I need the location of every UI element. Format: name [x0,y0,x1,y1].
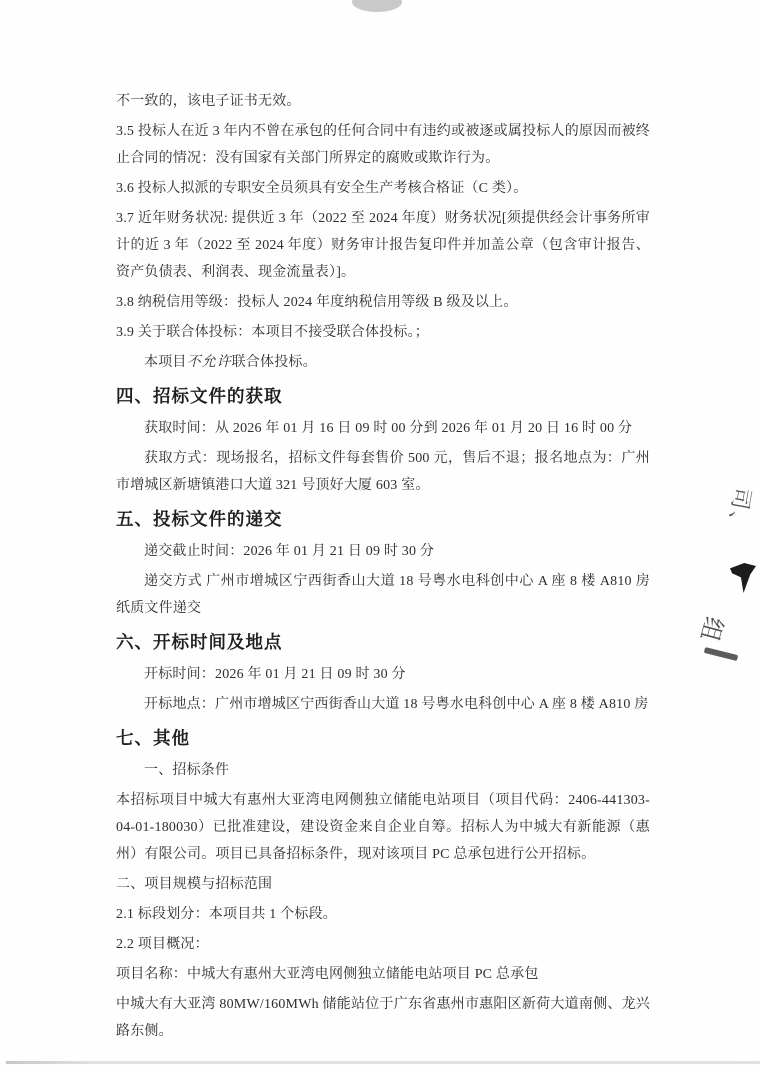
margin-ink-bar-mark [704,647,738,661]
paragraph-2-2: 2.2 项目概况： [116,931,650,958]
section-heading-7: 七、其他 [116,724,650,752]
paragraph-submit-deadline: 递交截止时间：2026 年 01 月 21 日 09 时 30 分 [116,538,650,565]
paragraph-3-5: 3.5 投标人在近 3 年内不曾在承包的任何合同中有违约或被逐或属投标人的原因而… [116,118,650,172]
section-heading-4: 四、招标文件的获取 [116,382,650,410]
paragraph-obtain-time: 获取时间：从 2026 年 01 月 16 日 09 时 00 分到 2026 … [116,415,650,442]
paragraph-3-7: 3.7 近年财务状况: 提供近 3 年（2022 至 2024 年度）财务状况[… [116,205,650,286]
joint-note-suffix: 联合体投标。 [232,355,317,370]
paragraph-tender-conditions-title: 一、招标条件 [116,757,650,784]
document-content: 不一致的，该电子证书无效。 3.5 投标人在近 3 年内不曾在承包的任何合同中有… [116,88,650,1048]
paragraph-scope-title: 二、项目规模与招标范围 [116,871,650,898]
paragraph-project-location: 中城大有大亚湾 80MW/160MWh 储能站位于广东省惠州市惠阳区新荷大道南侧… [116,991,650,1045]
margin-ink-mark-zu: 组 [694,613,734,645]
paragraph-project-name: 项目名称：中城大有惠州大亚湾电网侧独立储能电站项目 PC 总承包 [116,961,650,988]
page-bottom-edge-shadow [6,1061,760,1064]
paragraph-obtain-method: 获取方式：现场报名，招标文件每套售价 500 元，售后不退；报名地点为：广州市增… [116,445,650,499]
joint-note-prefix: 本项目 [144,355,187,370]
section-heading-6: 六、开标时间及地点 [116,628,650,656]
section-heading-5: 五、投标文件的递交 [116,505,650,533]
scanned-document-page: { "page": { "background": "#fefefe", "bo… [0,0,760,1073]
paragraph-3-6: 3.6 投标人拟派的专职安全员须具有安全生产考核合格证（C 类）。 [116,175,650,202]
paragraph-submit-method: 递交方式 广州市增城区宁西街香山大道 18 号粤水电科创中心 A 座 8 楼 A… [116,568,650,622]
scan-hole-artifact [352,0,402,12]
margin-ink-blot-mark [730,563,756,593]
paragraph-3-8: 3.8 纳税信用等级：投标人 2024 年度纳税信用等级 B 级及以上。 [116,289,650,316]
paragraph-3-9: 3.9 关于联合体投标：本项目不接受联合体投标。； [116,319,650,346]
margin-ink-mark-si: 司、 [721,485,760,538]
paragraph-open-place: 开标地点：广州市增城区宁西街香山大道 18 号粤水电科创中心 A 座 8 楼 A… [116,691,650,718]
joint-note-emphasis: 不允许 [187,355,232,370]
paragraph-electronic-cert: 不一致的，该电子证书无效。 [116,88,650,115]
page-background: 不一致的，该电子证书无效。 3.5 投标人在近 3 年内不曾在承包的任何合同中有… [0,0,760,1073]
paragraph-open-time: 开标时间：2026 年 01 月 21 日 09 时 30 分 [116,661,650,688]
paragraph-2-1: 2.1 标段划分：本项目共 1 个标段。 [116,901,650,928]
paragraph-project-approval: 本招标项目中城大有惠州大亚湾电网侧独立储能电站项目（项目代码：2406-4413… [116,787,650,868]
paragraph-joint-venture-note: 本项目不允许联合体投标。 [116,349,650,376]
